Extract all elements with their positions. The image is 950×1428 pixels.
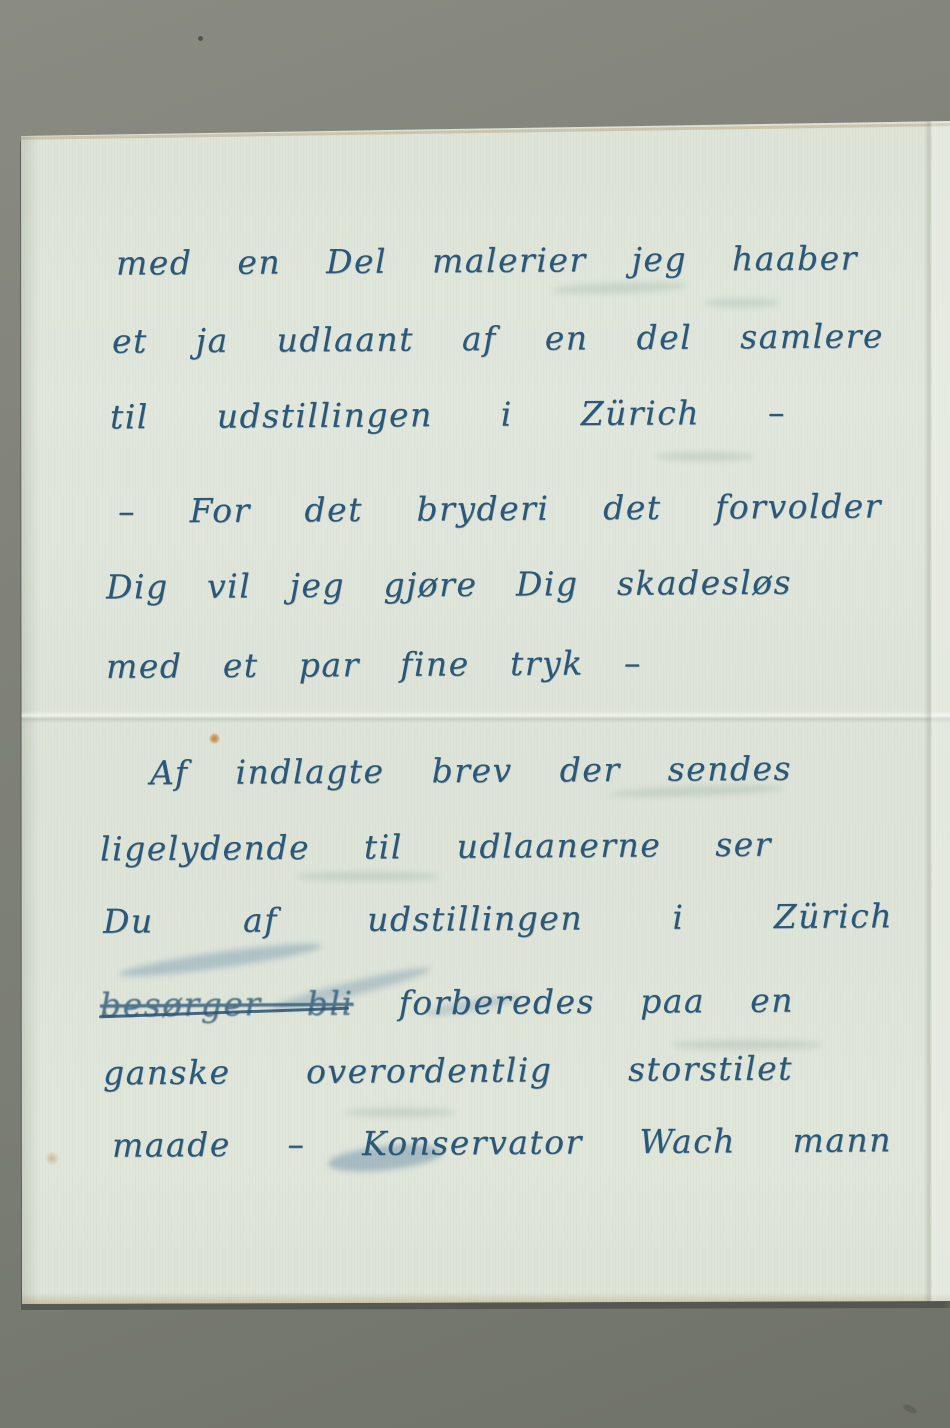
- bleed-through-mark: [552, 281, 687, 296]
- handwriting-line-7: Af indlagte brev der sendes: [150, 750, 792, 792]
- crossed-out-word: besørger bli: [100, 984, 354, 1025]
- handwriting-line-6: med et par fine tryk –: [106, 644, 642, 686]
- bleed-through-mark: [345, 1108, 455, 1117]
- letter-page: med en Del malerier jeg haaber et ja udl…: [0, 0, 950, 1428]
- bleed-through-mark: [295, 872, 440, 881]
- handwriting-line-10-text: forberedes paa en: [398, 981, 794, 1023]
- handwriting-line-3: til udstillingen i Zürich –: [110, 394, 786, 437]
- handwriting-line-4: – For det bryderi det forvolder: [118, 487, 882, 530]
- handwriting-line-2: et ja udlaant af en del samlere: [112, 317, 884, 360]
- dust-speck: [198, 36, 203, 41]
- bleed-through-mark: [655, 452, 755, 461]
- dust-speck: [902, 1403, 917, 1415]
- handwriting-line-5: Dig vil jeg gjøre Dig skadesløs: [106, 564, 792, 607]
- foxing-spot: [45, 1152, 59, 1165]
- horizontal-fold-crease: [21, 711, 950, 723]
- handwriting-line-1: med en Del malerier jeg haaber: [116, 239, 858, 282]
- bleed-through-mark: [705, 299, 780, 307]
- handwriting-line-8: ligelydende til udlaanerne ser: [100, 826, 772, 869]
- ink-smudge: [118, 938, 323, 982]
- handwriting-line-9: Du af udstillingen i Zürich: [103, 897, 893, 940]
- foxing-spot: [209, 733, 220, 744]
- paper-right-strip: [934, 121, 950, 1306]
- handwriting-line-10: besørger bli forberedes paa en: [100, 982, 794, 1025]
- handwriting-line-11: ganske overordentlig storstilet: [103, 1050, 793, 1093]
- paper-top-edge: [18, 123, 950, 140]
- handwriting-line-12: maade – Konservator Wach mann: [112, 1121, 892, 1164]
